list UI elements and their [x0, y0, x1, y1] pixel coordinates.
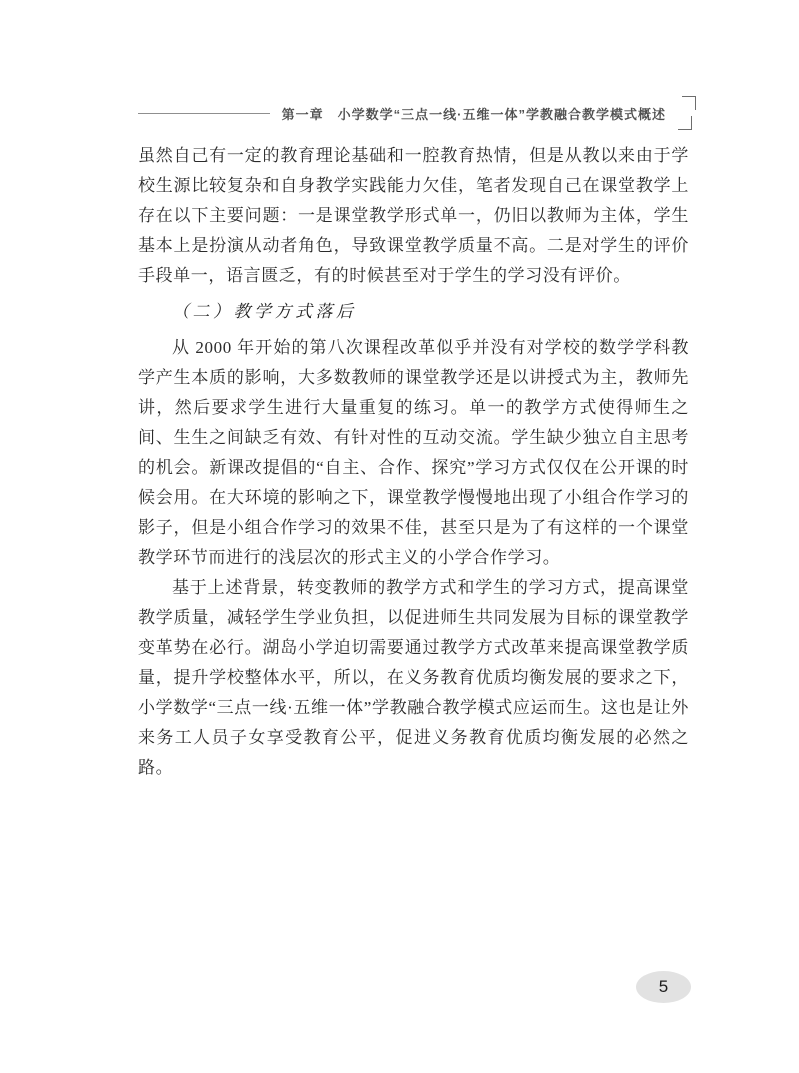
paragraph: 从 2000 年开始的第八次课程改革似乎并没有对学校的数学学科教学产生本质的影响… — [138, 333, 689, 573]
corner-bracket-icon — [676, 96, 696, 130]
chapter-header-text: 第一章小学数学“三点一线·五维一体”学教融合教学模式概述 — [282, 104, 666, 123]
bracket-bottom-icon — [678, 116, 692, 130]
header-rule — [138, 113, 270, 114]
book-page: 第一章小学数学“三点一线·五维一体”学教融合教学模式概述 虽然自己有一定的教育理… — [0, 0, 799, 1073]
chapter-header: 第一章小学数学“三点一线·五维一体”学教融合教学模式概述 — [138, 96, 696, 130]
body-text: 虽然自己有一定的教育理论基础和一腔教育热情，但是从教以来由于学校生源比较复杂和自… — [138, 141, 689, 783]
chapter-title: 小学数学“三点一线·五维一体”学教融合教学模式概述 — [338, 107, 666, 122]
page-number: 5 — [659, 977, 668, 997]
paragraph: 基于上述背景，转变教师的教学方式和学生的学习方式，提高课堂教学质量，减轻学生学业… — [138, 573, 689, 783]
bracket-top-icon — [682, 96, 696, 110]
chapter-label: 第一章 — [282, 107, 324, 122]
paragraph-continuation: 虽然自己有一定的教育理论基础和一腔教育热情，但是从教以来由于学校生源比较复杂和自… — [138, 141, 689, 291]
section-heading: （二）教学方式落后 — [138, 297, 689, 327]
page-number-badge: 5 — [636, 971, 691, 1003]
